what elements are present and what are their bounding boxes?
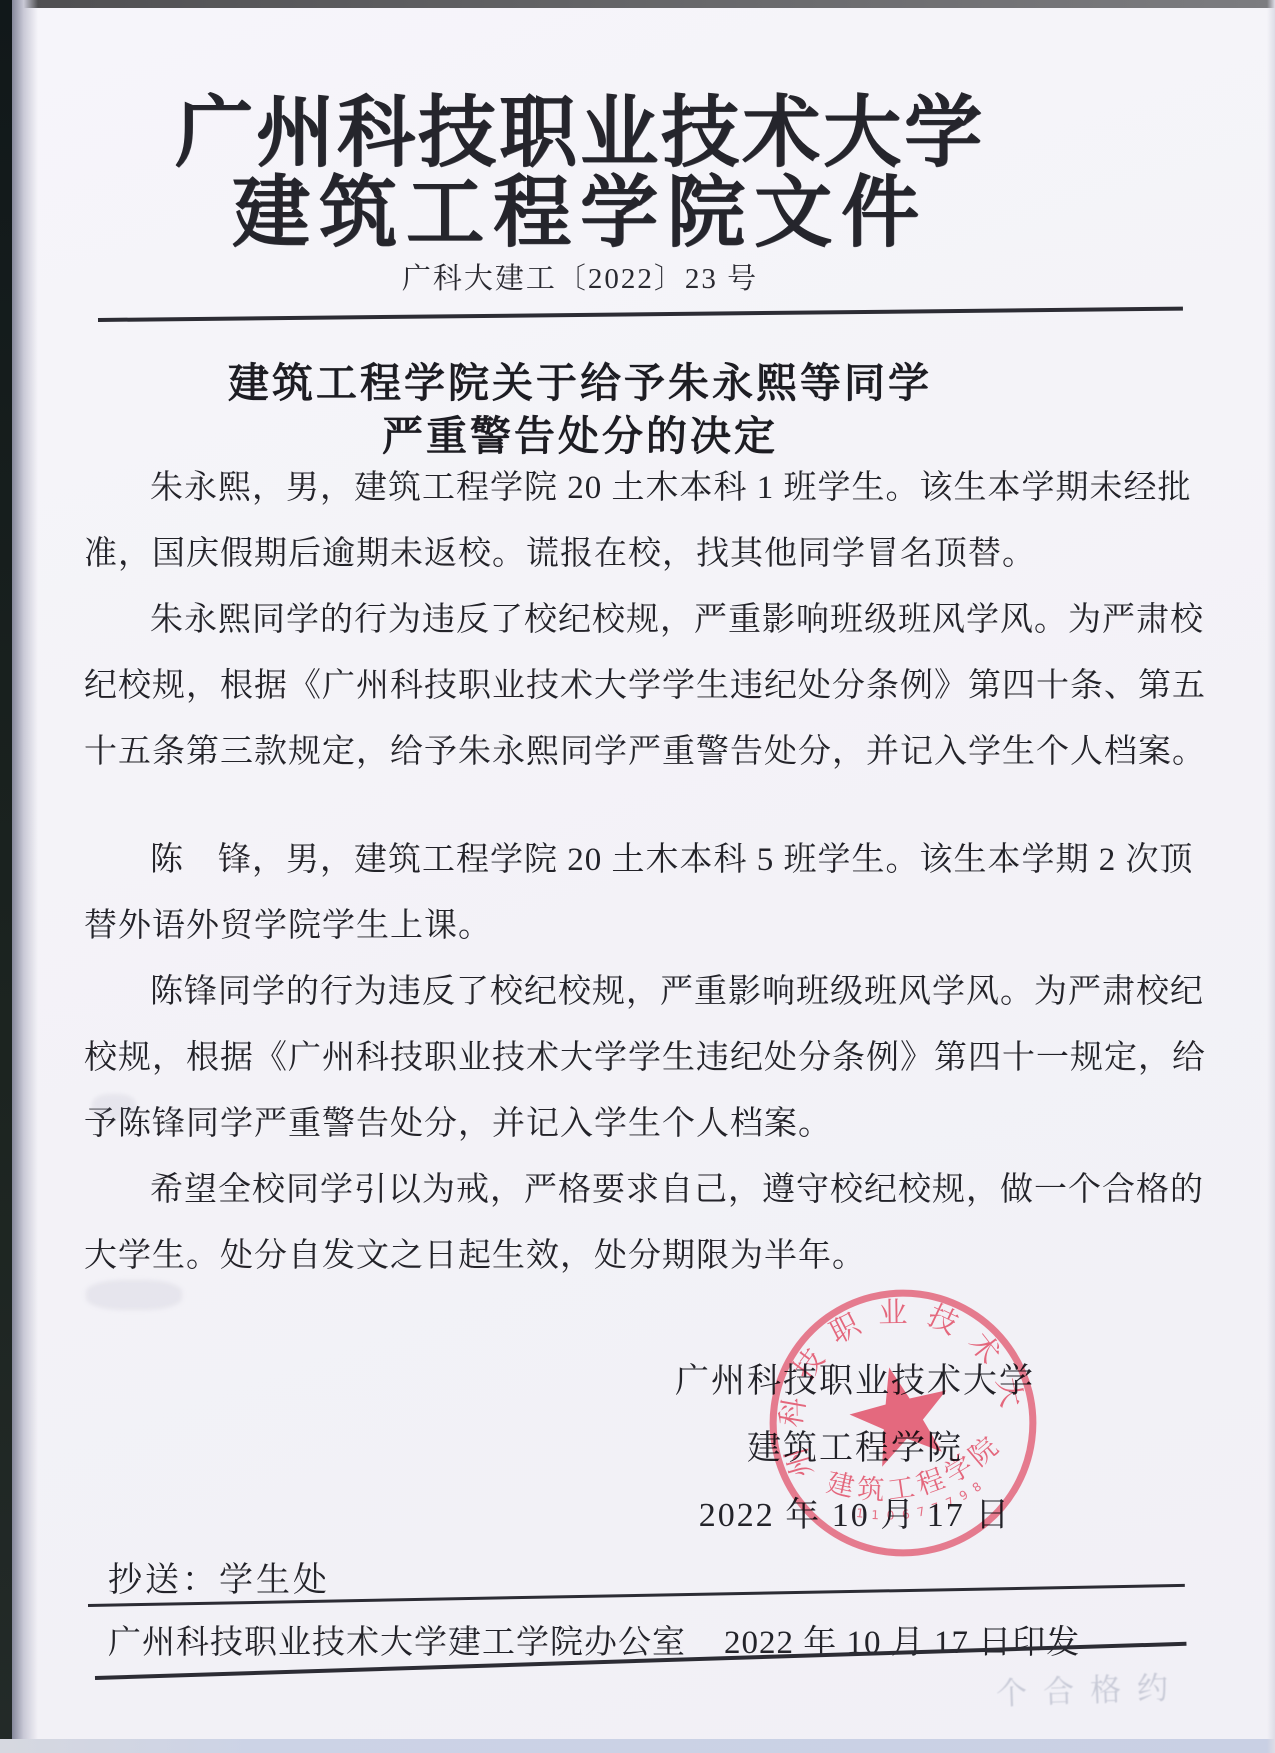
body-line: 希望全校同学引以为戒，严格要求自己，遵守校纪校规，做一个合格的 xyxy=(84,1157,1200,1223)
body-line: 朱永熙，男，建筑工程学院 20 土木本科 1 班学生。该生本学期未经批 xyxy=(84,455,1200,521)
body-line: 十五条第三款规定，给予朱永熙同学严重警告处分，并记入学生个人档案。 xyxy=(84,719,1200,785)
document-title-line2: 严重警告处分的决定 xyxy=(0,403,1160,462)
scan-edge-top xyxy=(0,0,1275,8)
seal-group: 广州科技职业技术大学 建筑工程学院 110677798 xyxy=(752,1272,1054,1574)
scan-edge-left-shadow xyxy=(12,0,38,1745)
body-line: 校规，根据《广州科技职业技术大学学生违纪处分条例》第四十一规定，给 xyxy=(84,1025,1200,1091)
scan-smudge xyxy=(86,1280,182,1310)
scan-edge-bottom xyxy=(0,1739,1275,1753)
letterhead-divider xyxy=(98,307,1183,322)
body-line: 予陈锋同学严重警告处分，并记入学生个人档案。 xyxy=(84,1091,1200,1157)
scan-edge-left xyxy=(0,0,12,1740)
issuing-office-line: 广州科技职业技术大学建工学院办公室2022 年 10 月 17 日印发 xyxy=(108,1616,1080,1663)
cc-line: 抄送：学生处 xyxy=(108,1552,330,1601)
seal-star-icon xyxy=(841,1355,961,1471)
body-line: 陈 锋，男，建筑工程学院 20 土木本科 5 班学生。该生本学期 2 次顶 xyxy=(84,827,1200,893)
letterhead-line2: 建筑工程学院文件 xyxy=(0,150,1160,262)
document-title-line1: 建筑工程学院关于给予朱永熙等同学 xyxy=(0,350,1160,409)
body-line: 陈锋同学的行为违反了校纪校规，严重影响班级班风学风。为严肃校纪 xyxy=(84,959,1200,1025)
body-block-1: 朱永熙，男，建筑工程学院 20 土木本科 1 班学生。该生本学期未经批 准，国庆… xyxy=(84,455,1200,785)
scanned-document-page: 广州科技职业技术大学 建筑工程学院文件 广科大建工〔2022〕23 号 建筑工程… xyxy=(0,0,1275,1753)
body-line: 准，国庆假期后逾期未返校。谎报在校，找其他同学冒名顶替。 xyxy=(84,521,1200,587)
body-line: 替外语外贸学院学生上课。 xyxy=(84,893,1200,959)
bleed-through-ghost-text: 个合格约 xyxy=(995,1659,1256,1713)
body-line: 朱永熙同学的行为违反了校纪校规，严重影响班级班风学风。为严肃校 xyxy=(84,587,1200,653)
body-block-2: 陈 锋，男，建筑工程学院 20 土木本科 5 班学生。该生本学期 2 次顶 替外… xyxy=(84,827,1200,1289)
official-seal: 广州科技职业技术大学 建筑工程学院 110677798 xyxy=(752,1272,1054,1574)
document-number: 广科大建工〔2022〕23 号 xyxy=(0,256,1160,297)
issuing-office: 广州科技职业技术大学建工学院办公室 xyxy=(108,1625,686,1661)
body-line: 纪校规，根据《广州科技职业技术大学学生违纪处分条例》第四十条、第五 xyxy=(84,653,1200,719)
scan-smudge xyxy=(92,1094,136,1120)
scan-edge-right xyxy=(1267,0,1275,1753)
